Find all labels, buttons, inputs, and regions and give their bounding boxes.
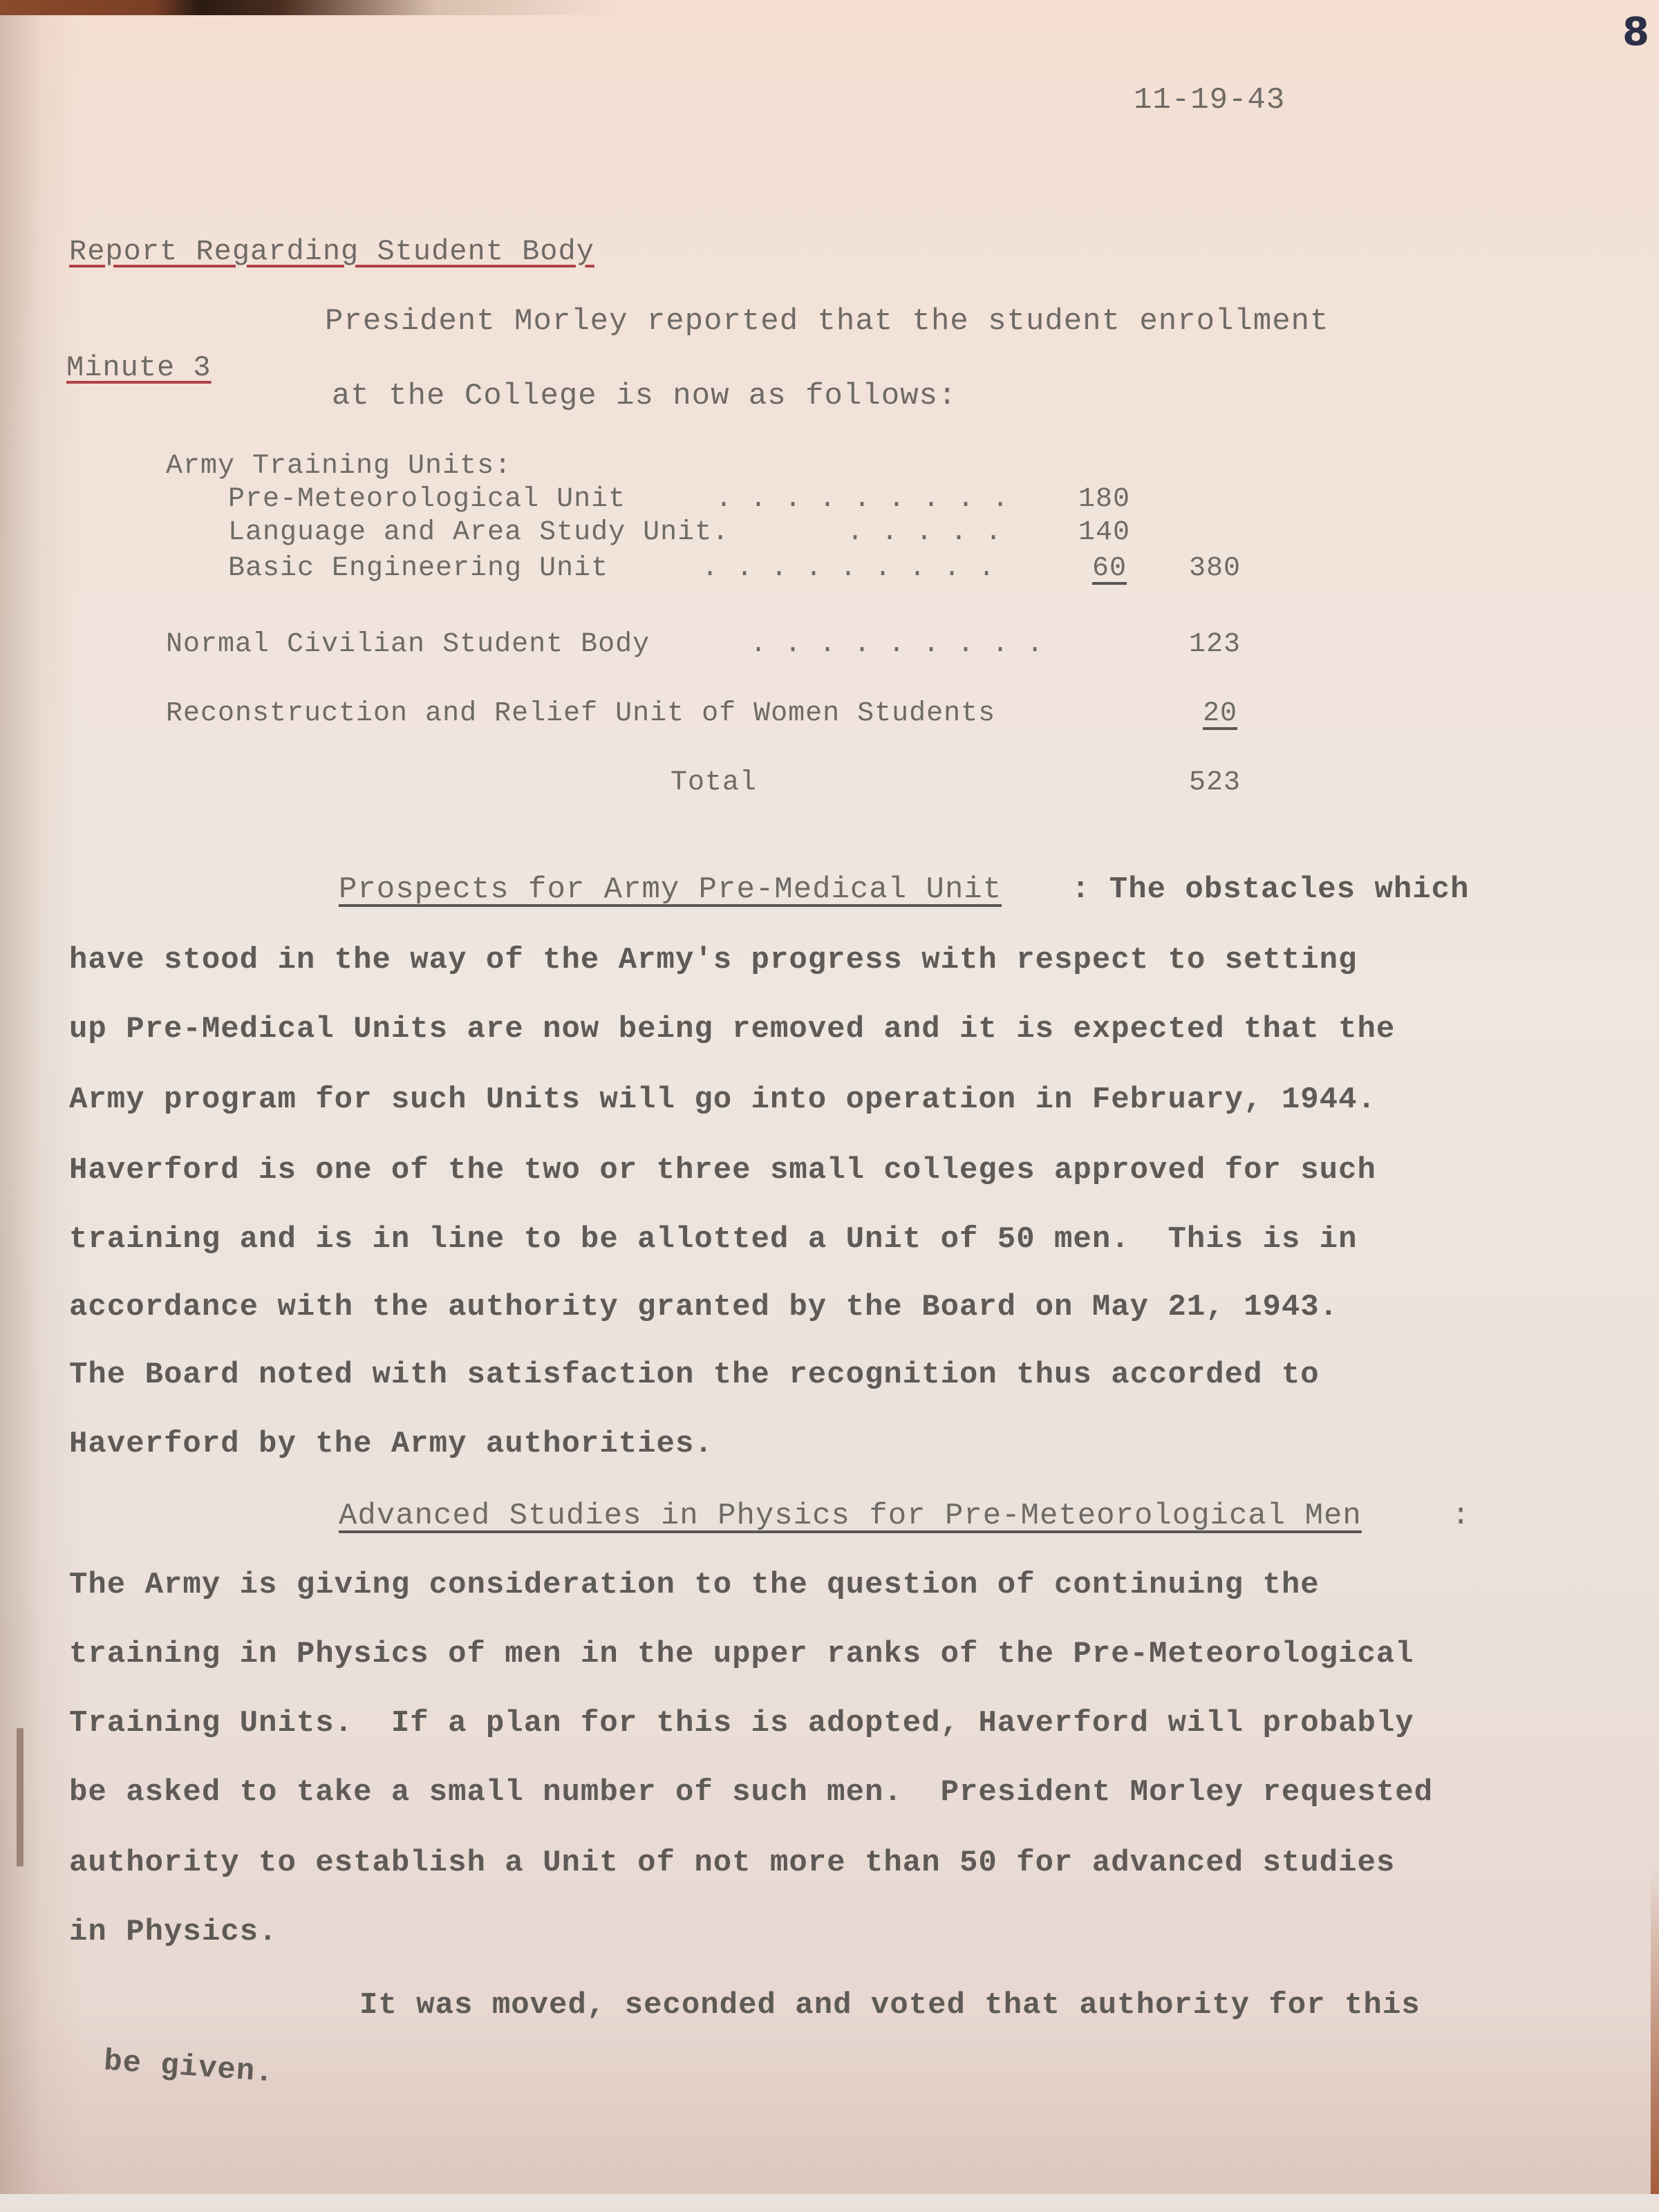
paragraph-line: Haverford by the Army authorities. (69, 1427, 713, 1461)
page-bottom-edge (0, 2194, 1659, 2212)
paragraph-line: Training Units. If a plan for this is ad… (69, 1706, 1414, 1741)
page-number: 8 (1622, 10, 1649, 55)
paragraph-line: up Pre-Medical Units are now being remov… (69, 1012, 1395, 1047)
intro-line-2: at the College is now as follows: (332, 379, 957, 413)
paragraph-line: authority to establish a Unit of not mor… (69, 1846, 1395, 1880)
army-units-label: Army Training Units: (166, 451, 512, 482)
unit-name: Language and Area Study Unit. (228, 517, 729, 548)
paragraph-line: accordance with the authority granted by… (69, 1290, 1338, 1324)
paragraph-line: : The obstacles which (1071, 872, 1470, 907)
dot-leader: . . . . . . . . . (684, 553, 995, 584)
relief-label: Reconstruction and Relief Unit of Women … (166, 698, 995, 729)
dot-leader: . . . . . . . . . (698, 484, 1009, 515)
total-value: 523 (1189, 767, 1241, 798)
physics-heading: Advanced Studies in Physics for Pre-Mete… (339, 1499, 1362, 1533)
section-heading: Report Regarding Student Body (69, 235, 594, 268)
civilian-value: 123 (1189, 629, 1241, 660)
paragraph-line: It was moved, seconded and voted that au… (359, 1988, 1421, 2023)
paragraph-line: The Army is giving consideration to the … (69, 1568, 1320, 1602)
unit-value: 180 (1078, 484, 1130, 515)
army-subtotal: 380 (1189, 553, 1241, 584)
intro-line-1: President Morley reported that the stude… (325, 304, 1329, 339)
unit-value: 60 (1092, 553, 1127, 584)
document-date: 11-19-43 (1134, 83, 1285, 118)
unit-name: Basic Engineering Unit (228, 553, 608, 584)
paragraph-line: training and is in line to be allotted a… (69, 1222, 1358, 1257)
unit-name: Pre-Meteorological Unit (228, 484, 626, 515)
page-right-edge (1651, 1866, 1659, 2212)
relief-value: 20 (1203, 698, 1237, 729)
paragraph-line: be asked to take a small number of such … (69, 1775, 1433, 1810)
dot-leader: . . . . . . . . . (733, 629, 1044, 660)
paragraph-line: be given. (103, 2044, 276, 2090)
document-page: 8 11-19-43 Report Regarding Student Body… (0, 0, 1659, 2212)
binding-mark (17, 1728, 24, 1866)
total-label: Total (671, 767, 757, 798)
paragraph-line: Haverford is one of the two or three sma… (69, 1153, 1376, 1188)
heading-colon: : (1452, 1499, 1470, 1533)
paragraph-line: The Board noted with satisfaction the re… (69, 1358, 1320, 1392)
paragraph-line: Army program for such Units will go into… (69, 1082, 1376, 1117)
margin-note-minute: Minute 3 (66, 351, 212, 384)
book-top-edge (0, 0, 622, 15)
paragraph-line: have stood in the way of the Army's prog… (69, 943, 1358, 977)
dot-leader: . . . . . (829, 517, 1002, 548)
civilian-label: Normal Civilian Student Body (166, 629, 650, 660)
premedical-heading: Prospects for Army Pre-Medical Unit (339, 872, 1002, 907)
paragraph-line: in Physics. (69, 1915, 277, 1949)
paragraph-line: training in Physics of men in the upper … (69, 1637, 1414, 1671)
unit-value: 140 (1078, 517, 1130, 548)
